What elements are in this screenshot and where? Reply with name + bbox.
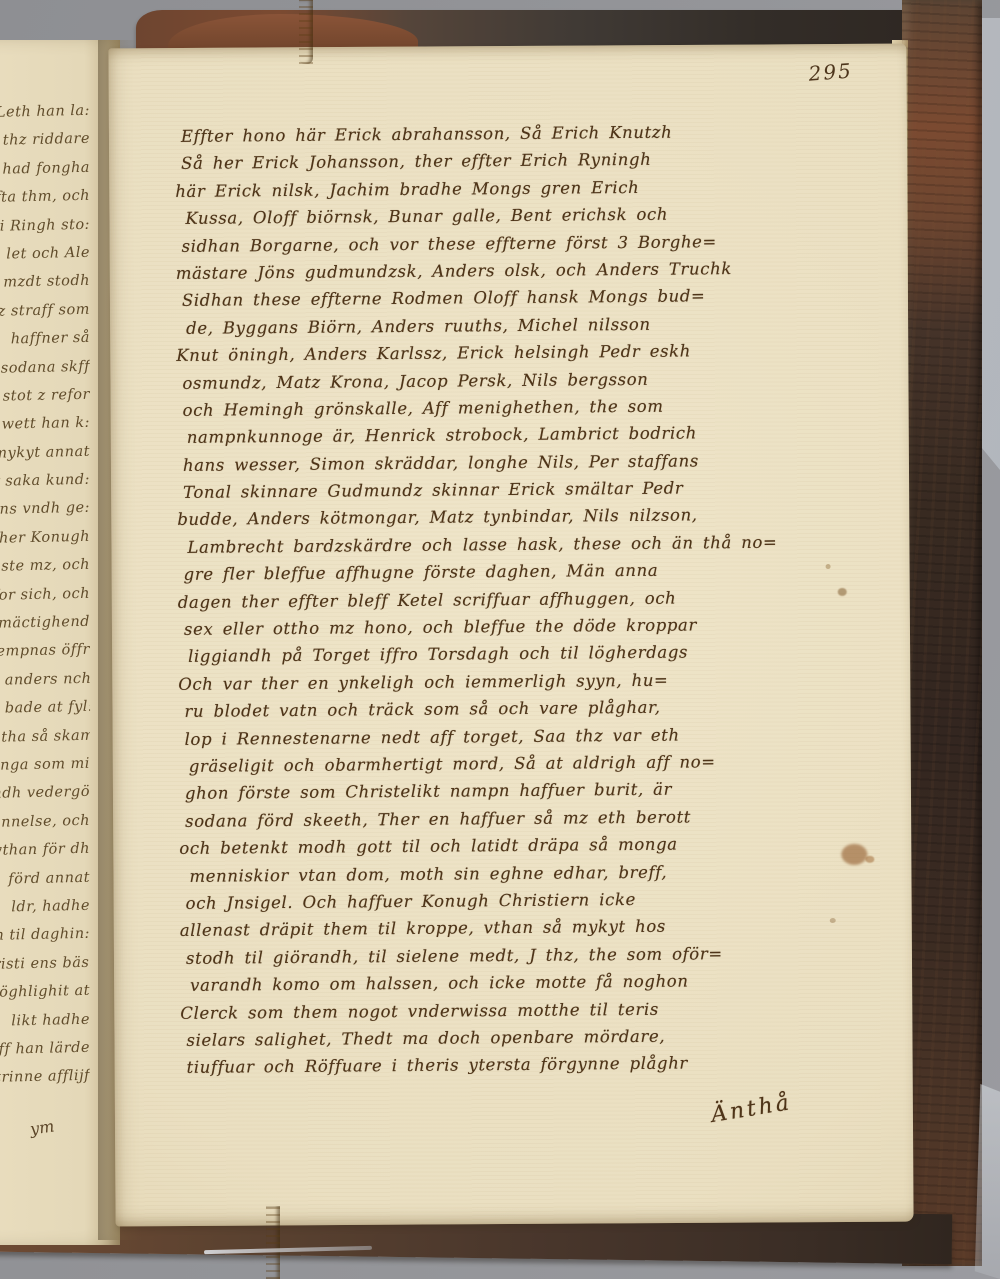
book-spine-leather — [902, 0, 982, 1266]
facing-page-fragment: hempnas öffr — [0, 636, 90, 667]
manuscript-page: 295 Effter hono här Erick abrahansson, S… — [108, 44, 913, 1227]
facing-page-fragment: ff han lärde — [0, 1034, 90, 1065]
facing-page-fragment: och bade at fyl: — [0, 693, 90, 724]
facing-page-fragment: o i Ringh sto: — [0, 210, 90, 241]
facing-page-fragment: m for sich, och — [0, 579, 90, 610]
facing-page-fragment: h vthan för dh — [0, 835, 90, 866]
facing-page-fragment: sodana skff — [0, 352, 90, 383]
scribe-flourish: Änthå — [709, 1090, 793, 1128]
facing-page-fragment: dm til daghin: — [0, 920, 90, 951]
facing-page-fragment: likt hadhe — [0, 1005, 90, 1036]
facing-page-fragment: ldr, hadhe — [0, 892, 90, 923]
facing-page-fragment: Leth han la: — [0, 97, 90, 128]
handwritten-text-block: Effter hono här Erick abrahansson, Så Er… — [181, 118, 859, 1081]
facing-page-fragment: ens vndh ge: — [0, 494, 90, 525]
facing-page-fragment: mykyt annat — [0, 437, 90, 468]
bookmark-stick-bottom — [266, 1206, 280, 1279]
facing-page-fragment: och anders nch — [0, 665, 90, 696]
facing-page-fragment: thz straff som — [0, 296, 90, 327]
ink-stain — [826, 564, 831, 569]
ink-stain — [830, 918, 836, 923]
facing-page-mark: ym — [29, 1116, 56, 1138]
facing-page-fragment: ndh vedergö — [0, 778, 90, 809]
rust-stain — [865, 856, 874, 863]
facing-page-fragment: let och Ale — [0, 239, 90, 270]
facing-page-fragment: haffner så — [0, 324, 90, 355]
manuscript-line: tiuffuar och Röffuare i theris ytersta f… — [187, 1048, 859, 1081]
facing-page-fragment: thz riddare — [0, 125, 90, 156]
facing-page-fragment: Christi ens bäste — [0, 948, 90, 979]
facing-page-fragment: enste mz, och — [0, 551, 90, 582]
page-number: 295 — [808, 58, 854, 85]
facing-page-line-endings: Leth han la:thz riddarehad fonghaffta th… — [0, 98, 90, 1092]
bookmark-stick-top — [299, 0, 313, 64]
facing-page-fragment: had fongha — [0, 154, 90, 185]
facing-page-fragment: h låtha så skam: — [0, 721, 90, 752]
facing-page-fragment: strinne afflijf — [0, 1062, 90, 1093]
facing-page-fragment: n mäctighend — [0, 608, 90, 639]
facing-page-fragment: mzdt stodh — [0, 267, 90, 298]
rust-stain — [841, 844, 867, 865]
facing-page-fragment: wett han k: — [0, 409, 90, 440]
facing-page-fragment: ffta thm, och — [0, 182, 90, 213]
facing-page-fragment: nga som mi — [0, 750, 90, 781]
facing-page-fragment: stot z refor — [0, 381, 90, 412]
facing-page-fragment: r saka kund: — [0, 466, 90, 497]
facing-page-fragment: möghlighit at — [0, 977, 90, 1008]
facing-page-fragment: her Konugh — [0, 523, 90, 554]
manuscript-photo: Leth han la:thz riddarehad fonghaffta th… — [0, 0, 1000, 1279]
facing-page-fragment: hnnelse, och — [0, 807, 90, 838]
facing-page-fragment: förd annat — [0, 863, 90, 894]
ink-stain — [838, 588, 847, 596]
